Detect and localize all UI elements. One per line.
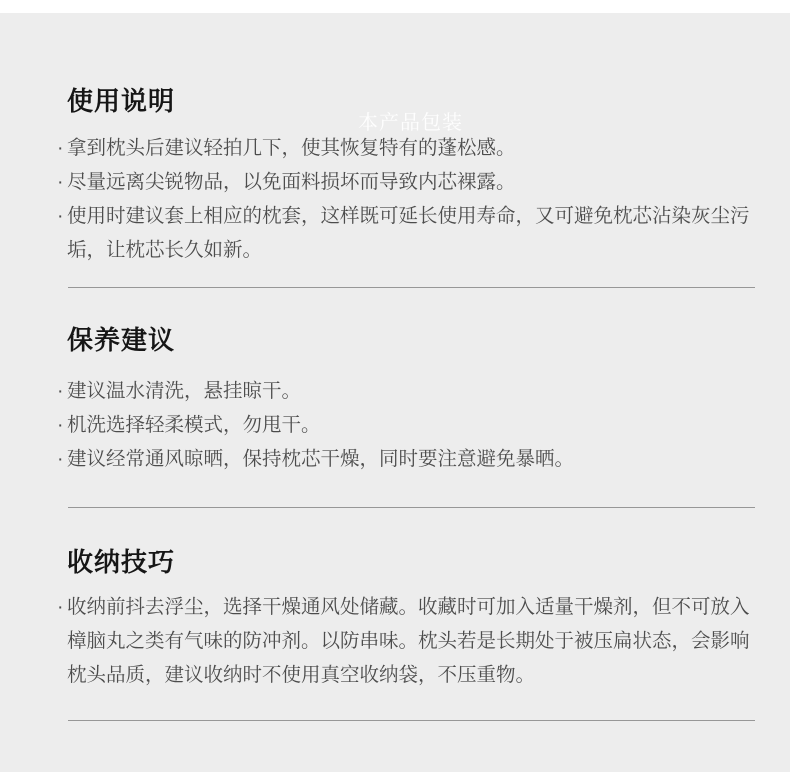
section-care-advice: 保养建议 建议温水清洗，悬挂晾干。 机洗选择轻柔模式，勿甩干。 建议经常通风晾晒…	[57, 323, 755, 476]
list-item: 尽量远离尖锐物品，以免面料损坏而导致内芯裸露。	[57, 165, 755, 199]
list-item: 使用时建议套上相应的枕套，这样既可延长使用寿命，又可避免枕芯沾染灰尘污垢，让枕芯…	[57, 199, 751, 267]
description-content: 使用说明 拿到枕头后建议轻拍几下，使其恢复特有的蓬松感。 尽量远离尖锐物品，以免…	[0, 84, 790, 721]
list-item: 建议温水清洗，悬挂晾干。	[57, 374, 755, 408]
section-title-storage: 收纳技巧	[67, 545, 755, 579]
usage-instruction-list: 拿到枕头后建议轻拍几下，使其恢复特有的蓬松感。 尽量远离尖锐物品，以免面料损坏而…	[57, 131, 755, 267]
section-storage-tips: 收纳技巧 收纳前抖去浮尘，选择干燥通风处储藏。收藏时可加入适量干燥剂，但不可放入…	[57, 545, 755, 692]
section-divider	[68, 287, 755, 288]
list-item: 机洗选择轻柔模式，勿甩干。	[57, 408, 755, 442]
top-white-strip	[0, 0, 790, 13]
product-description-page: { "watermark": { "text": "本产品包装" }, "sec…	[0, 0, 790, 772]
section-divider	[68, 720, 755, 721]
section-divider	[68, 507, 755, 508]
list-item: 建议经常通风晾晒，保持枕芯干燥，同时要注意避免暴晒。	[57, 442, 755, 476]
section-usage-instructions: 使用说明 拿到枕头后建议轻拍几下，使其恢复特有的蓬松感。 尽量远离尖锐物品，以免…	[57, 84, 755, 267]
section-title-care: 保养建议	[67, 323, 755, 357]
storage-tips-list: 收纳前抖去浮尘，选择干燥通风处储藏。收藏时可加入适量干燥剂，但不可放入樟脑丸之类…	[57, 590, 755, 692]
care-advice-list: 建议温水清洗，悬挂晾干。 机洗选择轻柔模式，勿甩干。 建议经常通风晾晒，保持枕芯…	[57, 374, 755, 476]
list-item: 拿到枕头后建议轻拍几下，使其恢复特有的蓬松感。	[57, 131, 755, 165]
section-title-usage: 使用说明	[67, 84, 755, 118]
list-item: 收纳前抖去浮尘，选择干燥通风处储藏。收藏时可加入适量干燥剂，但不可放入樟脑丸之类…	[57, 590, 755, 692]
